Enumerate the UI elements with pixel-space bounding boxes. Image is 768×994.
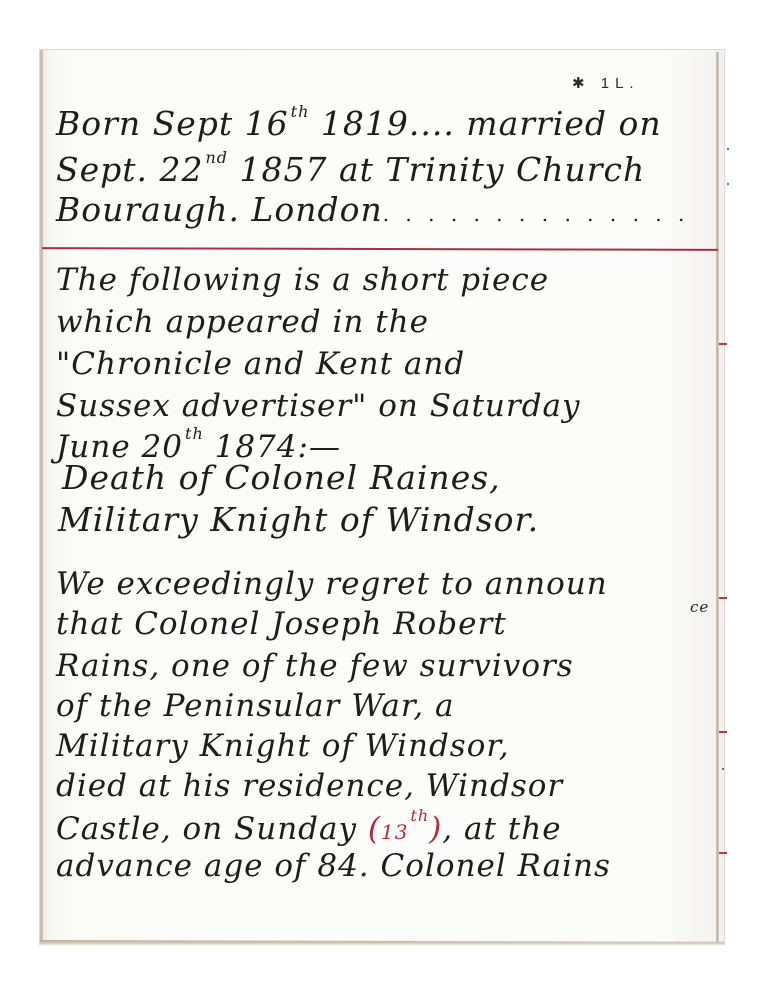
margin-tick: [719, 852, 727, 854]
married-date-text: Sept. 22: [56, 150, 204, 189]
body-line: Military Knight of Windsor,: [56, 728, 510, 764]
intro-line: Sussex advertiser" on Saturday: [56, 388, 581, 424]
body-line: Castle, on Sunday (13th), at the: [56, 806, 562, 847]
right-margin-line: [716, 52, 719, 942]
header-line-3: Bouraugh. London. . . . . . . . . . . . …: [56, 190, 689, 229]
body-line: of the Peninsular War, a: [56, 688, 454, 724]
heading-line: Military Knight of Windsor.: [58, 500, 539, 539]
red-paren: ): [429, 811, 442, 847]
body-line: advance age of 84. Colonel Rains: [56, 848, 611, 884]
margin-dot: [722, 768, 724, 770]
body-line: Rains, one of the few survivors: [56, 648, 574, 684]
body-line: died at his residence, Windsor: [56, 768, 563, 804]
body-line: that Colonel Joseph Robert: [56, 606, 507, 642]
married-text: 1819.... married on: [309, 104, 661, 143]
inserted-letters: ce: [690, 598, 709, 616]
ordinal-suffix: nd: [206, 148, 229, 167]
margin-tick: [719, 343, 727, 345]
dotted-leader: . . . . . . . . . . . . . .: [383, 202, 690, 226]
church-text: 1857 at Trinity Church: [228, 150, 645, 189]
body-text: Castle, on Sunday: [56, 811, 368, 847]
intro-line: "Chronicle and Kent and: [56, 346, 465, 382]
red-date-number: 13: [381, 820, 408, 844]
header-line-1: Born Sept 16th 1819.... married on: [56, 102, 662, 143]
margin-dot: [727, 148, 729, 150]
intro-line: which appeared in the: [56, 304, 429, 340]
margin-dot: [727, 183, 729, 185]
intro-line: The following is a short piece: [56, 262, 549, 298]
body-text: We exceedingly regret to announ: [56, 566, 608, 602]
heading-line: Death of Colonel Raines,: [62, 458, 501, 497]
body-line: We exceedingly regret to announ: [56, 566, 608, 602]
header-line-2: Sept. 22nd 1857 at Trinity Church: [56, 148, 645, 189]
red-paren: (: [368, 811, 381, 847]
page-marker: ✱ 1L.: [572, 74, 640, 92]
born-date-text: Born Sept 16: [56, 104, 289, 143]
margin-tick: [719, 597, 727, 599]
ordinal-suffix: th: [185, 424, 204, 443]
page-binding-edge: [40, 50, 43, 944]
red-ordinal-suffix: th: [410, 806, 429, 825]
location-text: Bouraugh. London: [56, 190, 383, 229]
margin-tick: [719, 731, 727, 733]
body-text: , at the: [442, 811, 561, 847]
ordinal-suffix: th: [291, 102, 310, 121]
